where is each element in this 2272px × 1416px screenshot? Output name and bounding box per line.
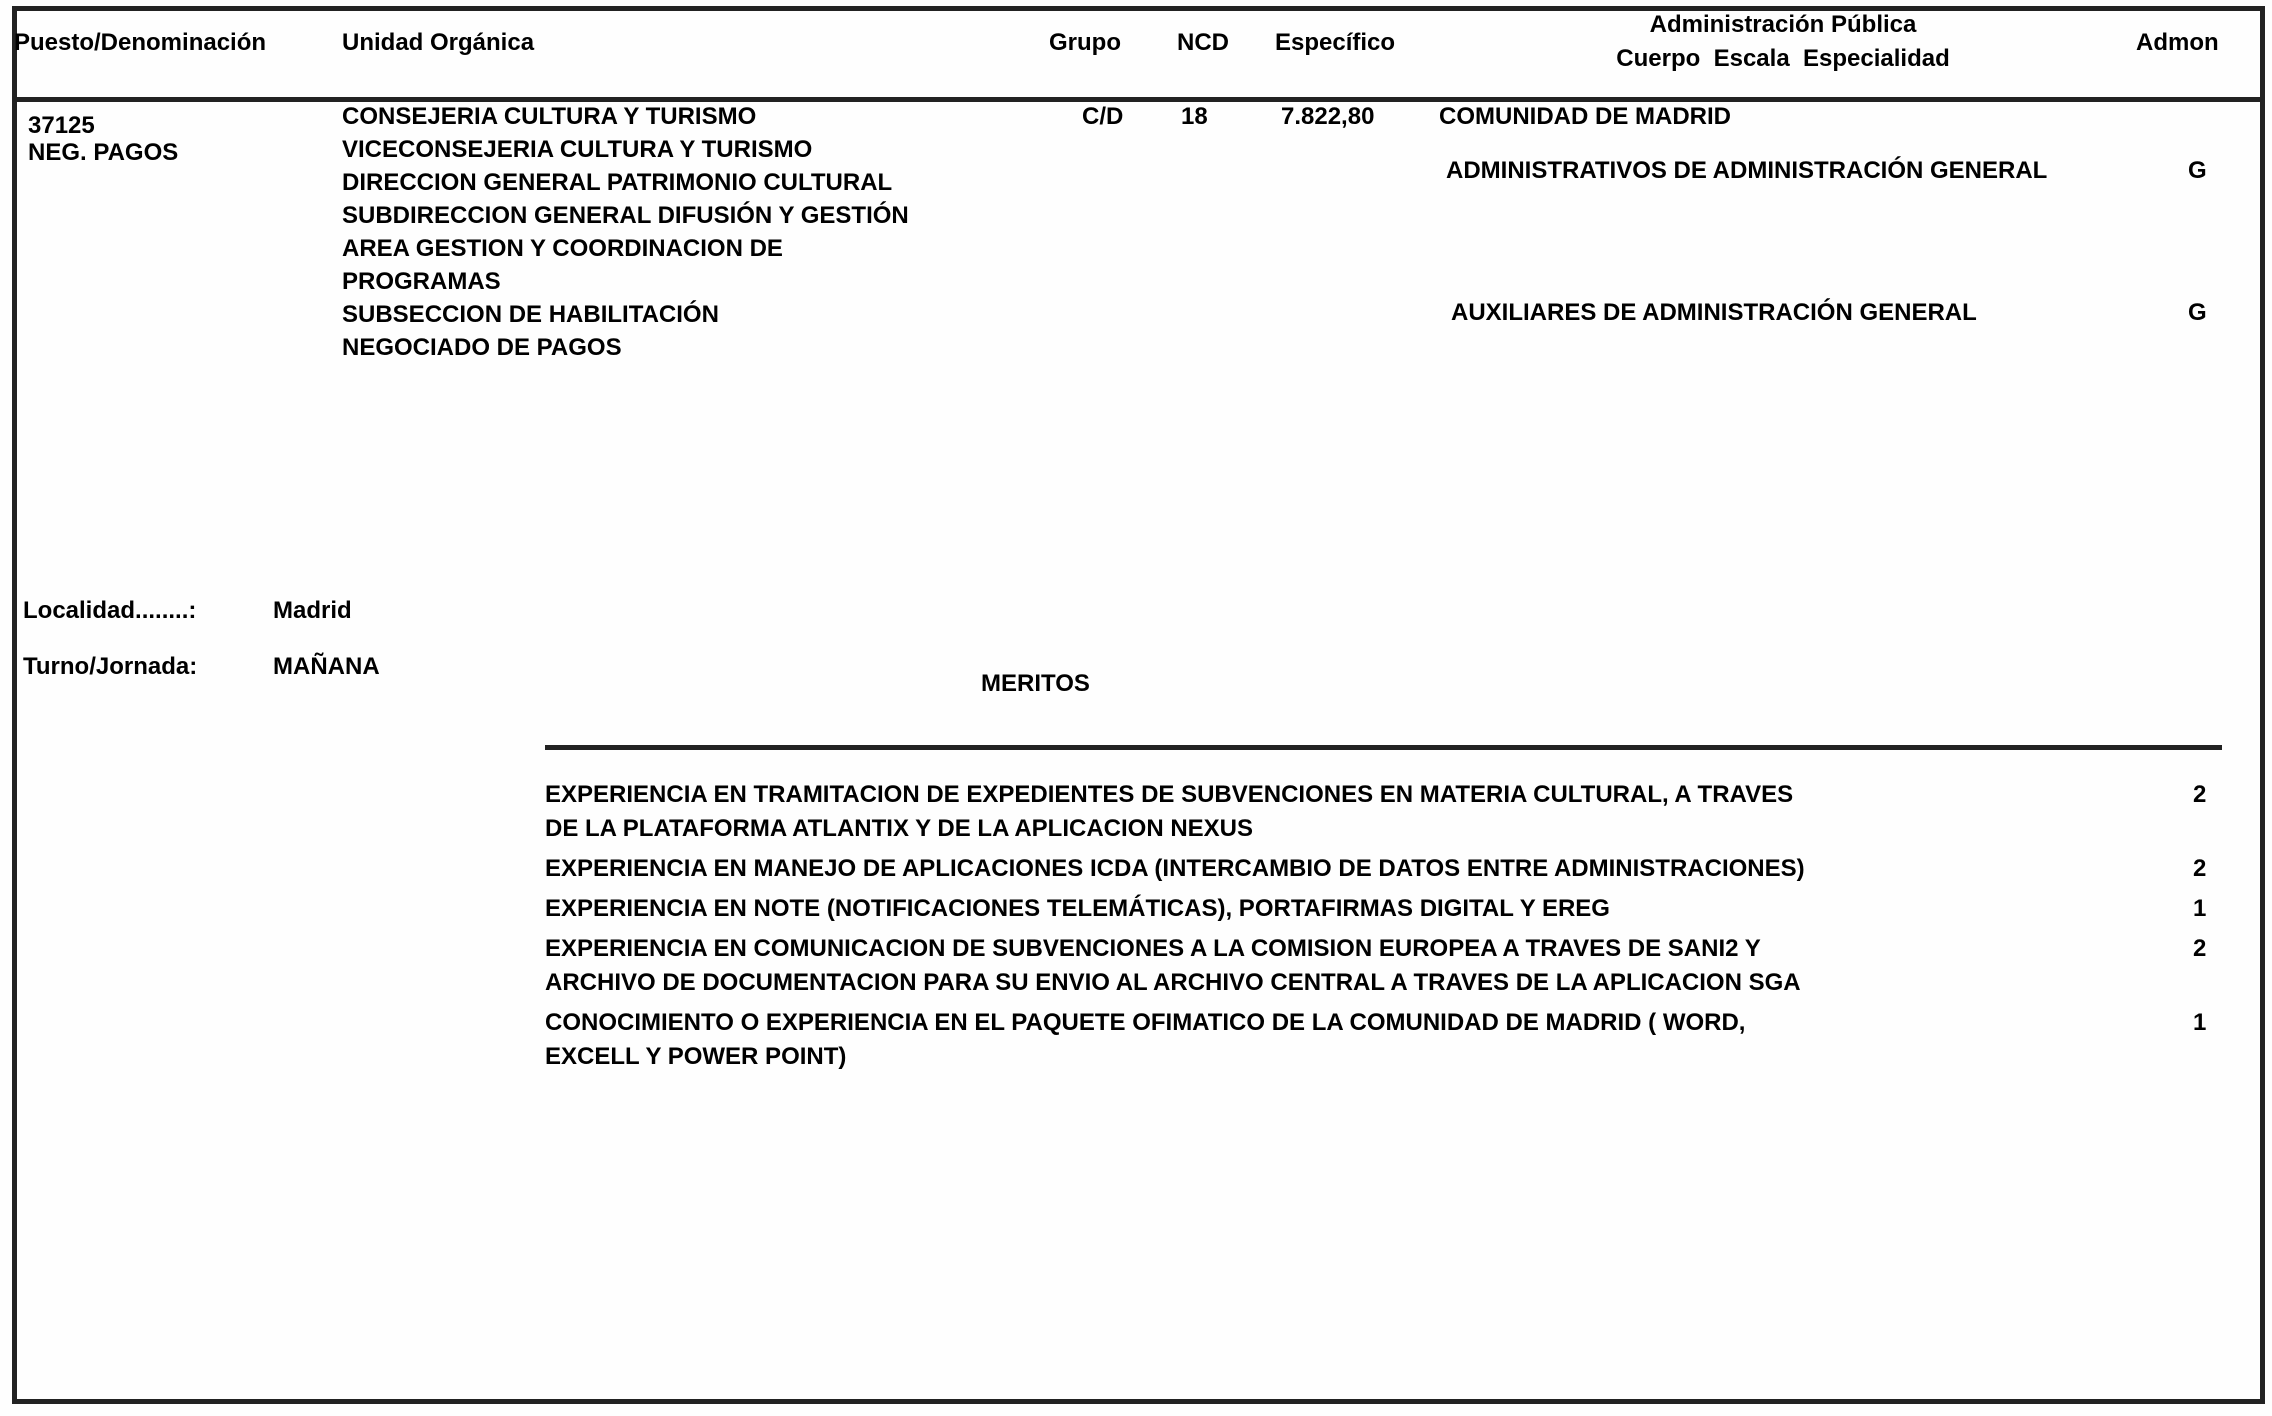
merito-item: CONOCIMIENTO O EXPERIENCIA EN EL PAQUETE… [545, 1006, 2245, 1074]
merito-points: 1 [2193, 1006, 2206, 1040]
merito-item: EXPERIENCIA EN COMUNICACION DE SUBVENCIO… [545, 932, 2245, 1000]
header-unidad: Unidad Orgánica [342, 26, 534, 59]
header-ncd: NCD [1177, 26, 1229, 59]
merito-points: 1 [2193, 892, 2206, 926]
merito-text: EXPERIENCIA EN TRAMITACION DE EXPEDIENTE… [545, 778, 2085, 846]
unidad-line: DIRECCION GENERAL PATRIMONIO CULTURAL [342, 166, 909, 199]
turno-label: Turno/Jornada: [23, 650, 197, 683]
unidad-line: CONSEJERIA CULTURA Y TURISMO [342, 100, 909, 133]
merito-points: 2 [2193, 932, 2206, 966]
merito-text: EXPERIENCIA EN COMUNICACION DE SUBVENCIO… [545, 932, 2085, 1000]
cuerpo-name: ADMINISTRATIVOS DE ADMINISTRACIÓN GENERA… [1446, 154, 2047, 187]
cuerpo-name: AUXILIARES DE ADMINISTRACIÓN GENERAL [1451, 296, 1977, 329]
unidad-line: PROGRAMAS [342, 265, 909, 298]
ncd-value: 18 [1181, 100, 1208, 133]
merito-item: EXPERIENCIA EN TRAMITACION DE EXPEDIENTE… [545, 778, 2245, 846]
unidad-line: AREA GESTION Y COORDINACION DE [342, 232, 909, 265]
unidad-line: VICECONSEJERIA CULTURA Y TURISMO [342, 133, 909, 166]
header-admin-publica: Administración Pública [1650, 8, 1917, 41]
merito-text: EXPERIENCIA EN NOTE (NOTIFICACIONES TELE… [545, 892, 2085, 926]
especifico-value: 7.822,80 [1281, 100, 1374, 133]
merito-points: 2 [2193, 852, 2206, 886]
localidad-value: Madrid [273, 594, 352, 627]
localidad-label: Localidad........: [23, 594, 196, 627]
unidad-line: NEGOCIADO DE PAGOS [342, 331, 909, 364]
header-admon: Admon [2136, 26, 2219, 59]
meritos-divider [545, 745, 2222, 750]
unidad-line: SUBSECCION DE HABILITACIÓN [342, 298, 909, 331]
meritos-list: EXPERIENCIA EN TRAMITACION DE EXPEDIENTE… [545, 778, 2245, 1080]
meritos-title: MERITOS [981, 667, 1090, 700]
header-cuerpo-escala: Cuerpo Escala Especialidad [1616, 42, 1949, 75]
merito-item: EXPERIENCIA EN MANEJO DE APLICACIONES IC… [545, 852, 2245, 886]
administracion-value: COMUNIDAD DE MADRID [1439, 100, 1731, 133]
unidad-line: SUBDIRECCION GENERAL DIFUSIÓN Y GESTIÓN [342, 199, 909, 232]
unidad-organica: CONSEJERIA CULTURA Y TURISMO VICECONSEJE… [342, 100, 909, 364]
puesto-denominacion: NEG. PAGOS [28, 136, 178, 169]
merito-text: EXPERIENCIA EN MANEJO DE APLICACIONES IC… [545, 852, 2085, 886]
cuerpo-admon: G [2188, 296, 2207, 329]
cuerpo-admon: G [2188, 154, 2207, 187]
turno-value: MAÑANA [273, 650, 380, 683]
merito-text: CONOCIMIENTO O EXPERIENCIA EN EL PAQUETE… [545, 1006, 2085, 1074]
merito-item: EXPERIENCIA EN NOTE (NOTIFICACIONES TELE… [545, 892, 2245, 926]
grupo-value: C/D [1082, 100, 1123, 133]
header-grupo: Grupo [1049, 26, 1121, 59]
header-especifico: Específico [1275, 26, 1395, 59]
header-puesto: Puesto/Denominación [14, 26, 266, 59]
merito-points: 2 [2193, 778, 2206, 812]
